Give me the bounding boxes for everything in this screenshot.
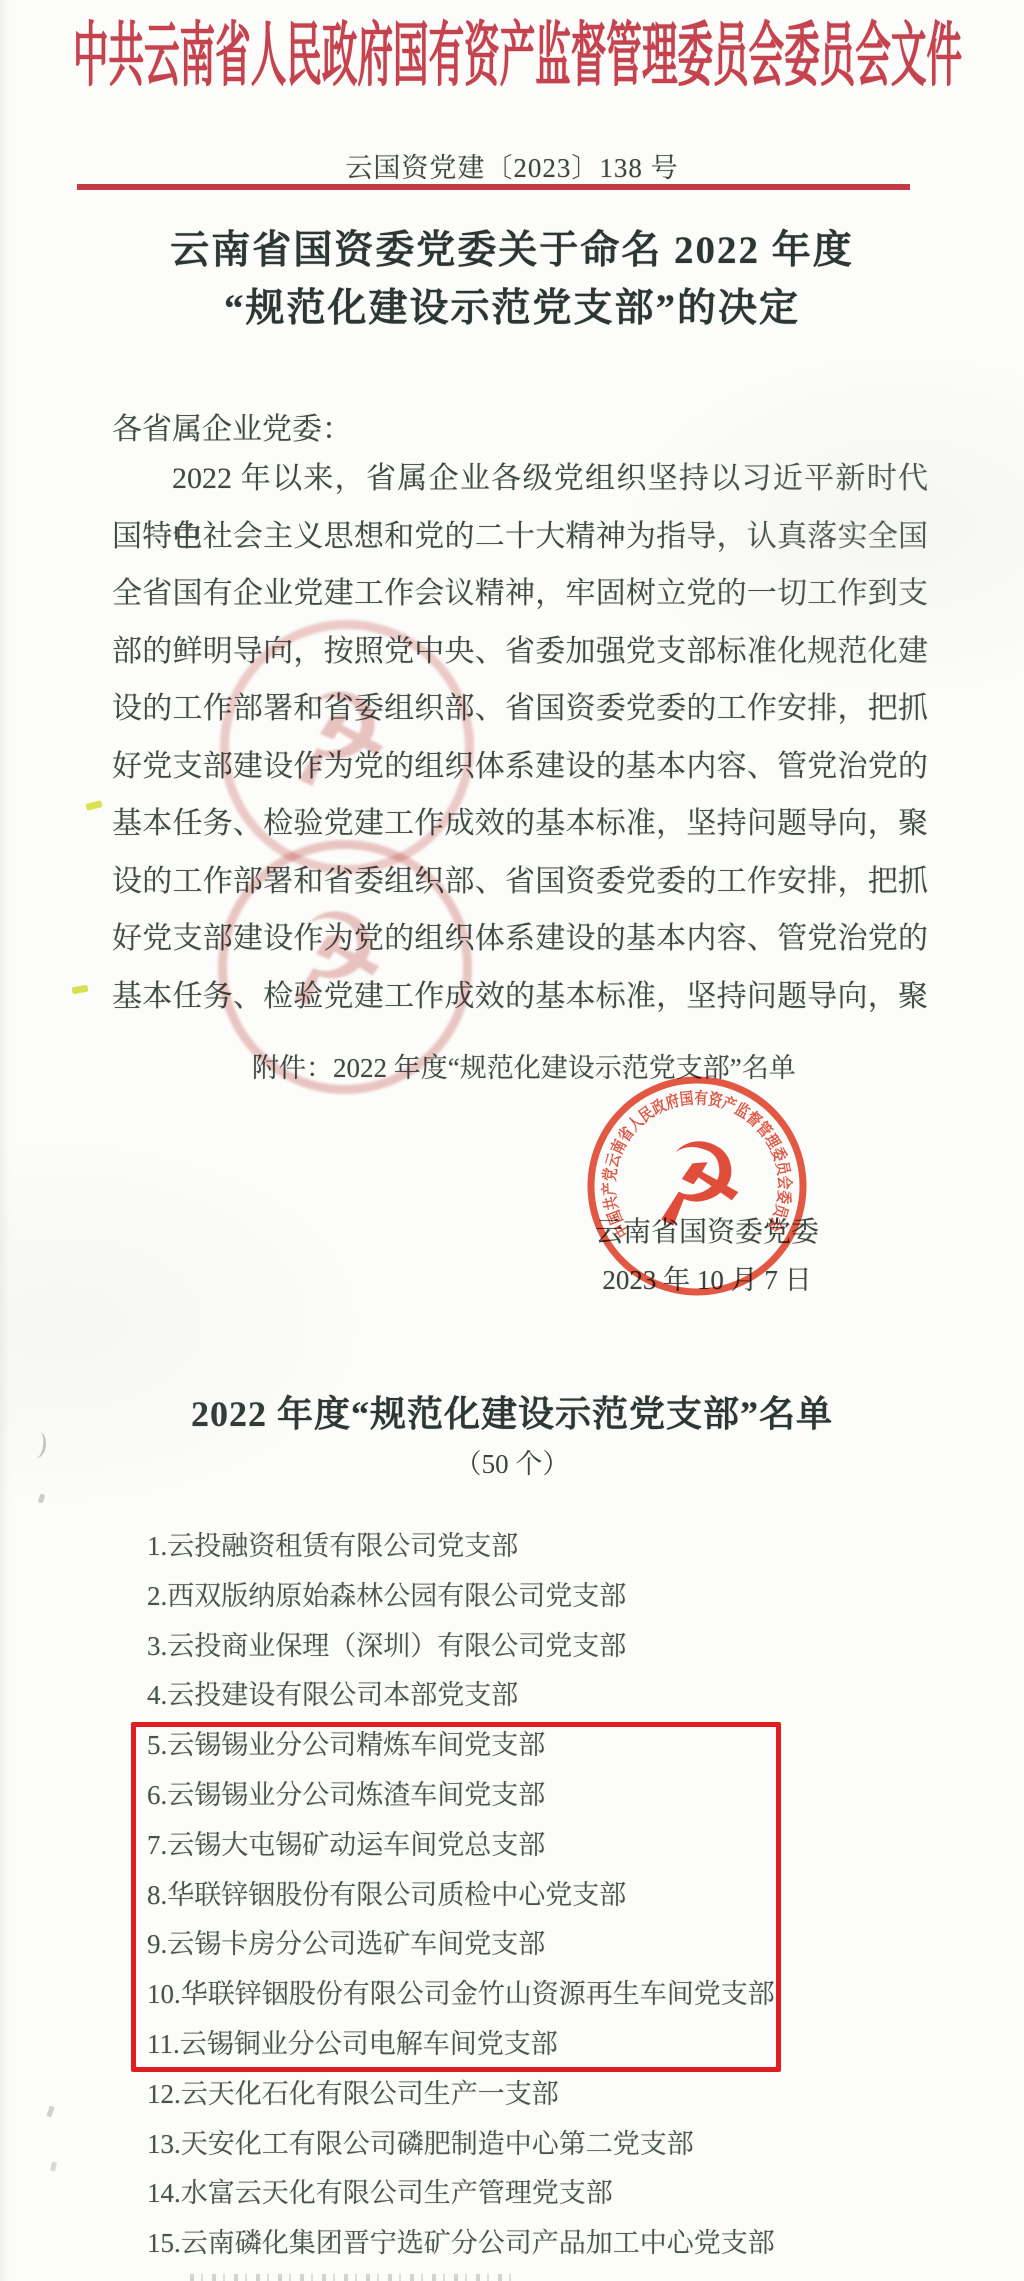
- paragraph-line: 2022 年以来，省属企业各级党组织坚持以习近平新时代中: [112, 450, 928, 508]
- roster-item: 13.天安化工有限公司磷肥制造中心第二党支部: [147, 2120, 775, 2170]
- roster-item: 2.西双版纳原始森林公园有限公司党支部: [147, 1572, 775, 1622]
- scanned-document-page: 中共云南省人民政府国有资产监督管理委员会委员会文件 云国资党建〔2023〕138…: [0, 0, 1024, 2281]
- roster-item: 12.云天化石化有限公司生产一支部: [147, 2070, 775, 2120]
- highlighter-mark: [85, 800, 102, 811]
- highlighter-mark: [72, 985, 89, 995]
- roster-item: 1.云投融资租赁有限公司党支部: [147, 1522, 775, 1572]
- paragraph-line: 好党支部建设作为党的组织体系建设的基本内容、管党治党的: [112, 738, 928, 796]
- roster-item: 7.云锡大屯锡矿动运车间党总支部: [147, 1821, 775, 1871]
- roster-item: 10.华联锌铟股份有限公司金竹山资源再生车间党支部: [147, 1970, 775, 2020]
- roster-title: 2022 年度“规范化建设示范党支部”名单: [0, 1386, 1024, 1437]
- issuing-org-title: 中共云南省人民政府国有资产监督管理委员会委员会文件: [73, 14, 962, 100]
- document-title-line2: “规范化建设示范党支部”的决定: [0, 280, 1024, 338]
- roster-item: 8.华联锌铟股份有限公司质检中心党支部: [147, 1871, 775, 1921]
- roster-item: 15.云南磷化集团晋宁选矿分公司产品加工中心党支部: [147, 2219, 775, 2269]
- roster-item: 6.云锡锡业分公司炼渣车间党支部: [147, 1771, 775, 1821]
- roster-item: 3.云投商业保理（深圳）有限公司党支部: [147, 1622, 775, 1672]
- paragraph-line: 设的工作部署和省委组织部、省国资委党委的工作安排，把抓: [112, 680, 928, 738]
- paragraph-line: 部的鲜明导向，按照党中央、省委加强党支部标准化规范化建: [112, 623, 928, 681]
- document-title: 云南省国资委党委关于命名 2022 年度 “规范化建设示范党支部”的决定: [0, 222, 1024, 338]
- paragraph-line: 国特色社会主义思想和党的二十大精神为指导，认真落实全国: [112, 508, 928, 566]
- document-title-line1: 云南省国资委党委关于命名 2022 年度: [0, 222, 1024, 280]
- margin-artifact: [38, 1493, 46, 1503]
- roster-item: 14.水富云天化有限公司生产管理党支部: [147, 2169, 775, 2219]
- paragraph-line: 好党支部建设作为党的组织体系建设的基本内容、管党治党的: [112, 910, 928, 968]
- paragraph-line: 全省国有企业党建工作会议精神，牢固树立党的一切工作到支: [112, 565, 928, 623]
- body-paragraph: 2022 年以来，省属企业各级党组织坚持以习近平新时代中 国特色社会主义思想和党…: [112, 450, 928, 1025]
- margin-artifact: [50, 2162, 57, 2172]
- paragraph-line: 基本任务、检验党建工作成效的基本标准，坚持问题导向，聚: [112, 968, 928, 1026]
- roster-item: 4.云投建设有限公司本部党支部: [147, 1671, 775, 1721]
- red-divider: [77, 184, 910, 190]
- attachment-note: 附件：2022 年度“规范化建设示范党支部”名单: [252, 1046, 796, 1085]
- document-number: 云国资党建〔2023〕138 号: [0, 146, 1024, 185]
- salutation: 各省属企业党委：: [112, 404, 352, 448]
- roster-item: 5.云锡锡业分公司精炼车间党支部: [147, 1721, 775, 1771]
- roster-item: 9.云锡卡房分公司选矿车间党支部: [147, 1920, 775, 1970]
- signature-org: 云南省国资委党委: [562, 1210, 852, 1250]
- paragraph-line: 设的工作部署和省委组织部、省国资委党委的工作安排，把抓: [112, 853, 928, 911]
- roster-count: （50 个）: [0, 1442, 1024, 1481]
- roster-item: 11.云锡铜业分公司电解车间党支部: [147, 2020, 775, 2070]
- paragraph-line: 基本任务、检验党建工作成效的基本标准，坚持问题导向，聚: [112, 795, 928, 853]
- signature-date: 2023 年 10 月 7 日: [562, 1258, 852, 1297]
- margin-artifact: [46, 2105, 54, 2117]
- roster-list: 1.云投融资租赁有限公司党支部 2.西双版纳原始森林公园有限公司党支部 3.云投…: [147, 1522, 775, 2269]
- letterhead-banner: 中共云南省人民政府国有资产监督管理委员会委员会文件: [73, 14, 927, 100]
- clipped-next-line: [190, 2274, 520, 2281]
